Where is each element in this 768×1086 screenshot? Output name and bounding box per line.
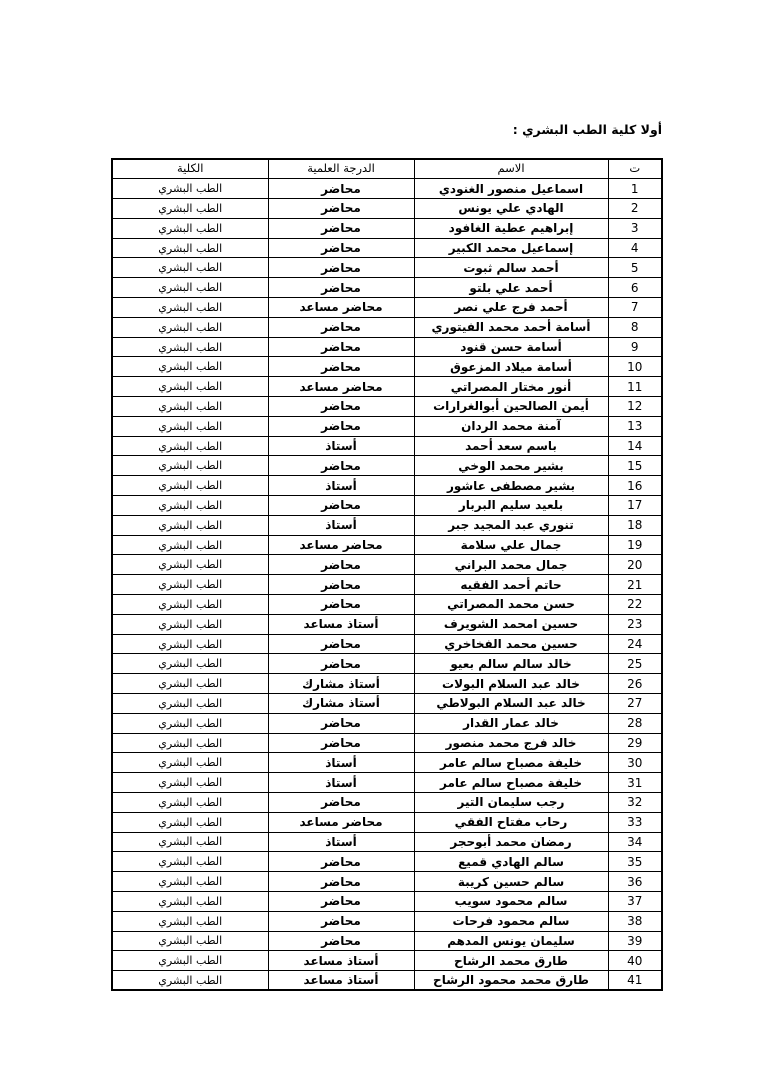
row-name: طارق محمد الرشاح xyxy=(414,951,608,971)
row-degree: محاضر xyxy=(268,852,414,872)
row-college: الطب البشري xyxy=(112,357,268,377)
row-name: بلعيد سليم البربار xyxy=(414,496,608,516)
row-serial: 33 xyxy=(608,812,662,832)
table-row: 4إسماعيل محمد الكبيرمحاضرالطب البشري xyxy=(112,238,662,258)
row-name: سالم محمود فرحات xyxy=(414,911,608,931)
row-college: الطب البشري xyxy=(112,713,268,733)
row-serial: 15 xyxy=(608,456,662,476)
row-degree: محاضر xyxy=(268,238,414,258)
row-degree: محاضر مساعد xyxy=(268,377,414,397)
row-college: الطب البشري xyxy=(112,595,268,615)
row-name: سليمان يونس المدهم xyxy=(414,931,608,951)
row-college: الطب البشري xyxy=(112,812,268,832)
row-name: خالد عمار القدار xyxy=(414,713,608,733)
row-college: الطب البشري xyxy=(112,496,268,516)
row-degree: محاضر xyxy=(268,416,414,436)
row-college: الطب البشري xyxy=(112,298,268,318)
row-college: الطب البشري xyxy=(112,377,268,397)
row-degree: محاضر xyxy=(268,317,414,337)
table-row: 37سالم محمود سويبمحاضرالطب البشري xyxy=(112,891,662,911)
table-row: 7أحمد فرج علي نصرمحاضر مساعدالطب البشري xyxy=(112,298,662,318)
header-name: الاسم xyxy=(414,159,608,179)
row-college: الطب البشري xyxy=(112,575,268,595)
table-row: 5أحمد سالم ثبوتمحاضرالطب البشري xyxy=(112,258,662,278)
row-name: بشير محمد الوخي xyxy=(414,456,608,476)
row-name: إسماعيل محمد الكبير xyxy=(414,238,608,258)
row-college: الطب البشري xyxy=(112,674,268,694)
row-name: أيمن الصالحين أبوالغرارات xyxy=(414,397,608,417)
row-serial: 16 xyxy=(608,476,662,496)
table-row: 28خالد عمار القدارمحاضرالطب البشري xyxy=(112,713,662,733)
row-serial: 36 xyxy=(608,872,662,892)
table-row: 16بشير مصطفى عاشورأستاذالطب البشري xyxy=(112,476,662,496)
row-college: الطب البشري xyxy=(112,634,268,654)
row-college: الطب البشري xyxy=(112,515,268,535)
table-row: 13آمنة محمد الردانمحاضرالطب البشري xyxy=(112,416,662,436)
row-college: الطب البشري xyxy=(112,753,268,773)
row-degree: محاضر xyxy=(268,575,414,595)
row-name: خليفة مصباح سالم عامر xyxy=(414,753,608,773)
row-college: الطب البشري xyxy=(112,555,268,575)
row-name: رحاب مفتاح الفقي xyxy=(414,812,608,832)
row-college: الطب البشري xyxy=(112,793,268,813)
table-row: 20جمال محمد البرانيمحاضرالطب البشري xyxy=(112,555,662,575)
row-name: أحمد سالم ثبوت xyxy=(414,258,608,278)
row-degree: محاضر xyxy=(268,713,414,733)
row-serial: 34 xyxy=(608,832,662,852)
table-row: 32رجب سليمان التيرمحاضرالطب البشري xyxy=(112,793,662,813)
row-serial: 27 xyxy=(608,694,662,714)
row-degree: محاضر xyxy=(268,733,414,753)
row-serial: 22 xyxy=(608,595,662,615)
row-college: الطب البشري xyxy=(112,931,268,951)
row-college: الطب البشري xyxy=(112,218,268,238)
row-degree: أستاذ xyxy=(268,476,414,496)
row-serial: 11 xyxy=(608,377,662,397)
row-serial: 4 xyxy=(608,238,662,258)
row-degree: محاضر xyxy=(268,654,414,674)
header-degree: الدرجة العلمية xyxy=(268,159,414,179)
table-row: 6أحمد علي بلتومحاضرالطب البشري xyxy=(112,278,662,298)
row-degree: محاضر xyxy=(268,555,414,575)
row-college: الطب البشري xyxy=(112,733,268,753)
table-row: 19جمال علي سلامةمحاضر مساعدالطب البشري xyxy=(112,535,662,555)
row-serial: 5 xyxy=(608,258,662,278)
row-name: أسامة أحمد محمد الفيتوري xyxy=(414,317,608,337)
table-row: 24حسين محمد الفخاخريمحاضرالطب البشري xyxy=(112,634,662,654)
row-degree: أستاذ xyxy=(268,832,414,852)
row-name: خالد فرج محمد منصور xyxy=(414,733,608,753)
row-degree: محاضر xyxy=(268,891,414,911)
table-row: 14باسم سعد أحمدأستاذالطب البشري xyxy=(112,436,662,456)
row-name: رمضان محمد أبوحجر xyxy=(414,832,608,852)
row-college: الطب البشري xyxy=(112,654,268,674)
table-row: 18تنوري عبد المجيد جبرأستاذالطب البشري xyxy=(112,515,662,535)
row-college: الطب البشري xyxy=(112,694,268,714)
row-degree: محاضر xyxy=(268,931,414,951)
header-serial: ت xyxy=(608,159,662,179)
row-degree: محاضر xyxy=(268,911,414,931)
row-serial: 1 xyxy=(608,179,662,199)
document-page: أولا كلية الطب البشري : ت الاسم الدرجة ا… xyxy=(0,0,768,1086)
row-college: الطب البشري xyxy=(112,614,268,634)
row-degree: محاضر مساعد xyxy=(268,298,414,318)
row-name: خليفة مصباح سالم عامر xyxy=(414,773,608,793)
row-degree: محاضر مساعد xyxy=(268,812,414,832)
row-college: الطب البشري xyxy=(112,832,268,852)
faculty-table: ت الاسم الدرجة العلمية الكلية 1اسماعيل م… xyxy=(111,158,663,991)
row-name: الهادي علي يونس xyxy=(414,199,608,219)
row-college: الطب البشري xyxy=(112,872,268,892)
row-degree: محاضر xyxy=(268,456,414,476)
row-serial: 31 xyxy=(608,773,662,793)
row-serial: 38 xyxy=(608,911,662,931)
row-college: الطب البشري xyxy=(112,238,268,258)
table-row: 27خالد عبد السلام البولاطيأستاذ مشاركالط… xyxy=(112,694,662,714)
row-serial: 39 xyxy=(608,931,662,951)
row-serial: 29 xyxy=(608,733,662,753)
table-row: 23حسين امحمد الشويرفأستاذ مساعدالطب البش… xyxy=(112,614,662,634)
row-degree: محاضر xyxy=(268,496,414,516)
row-name: حسين امحمد الشويرف xyxy=(414,614,608,634)
row-serial: 24 xyxy=(608,634,662,654)
row-name: حاتم أحمد الفقيه xyxy=(414,575,608,595)
row-college: الطب البشري xyxy=(112,951,268,971)
row-serial: 28 xyxy=(608,713,662,733)
row-name: بشير مصطفى عاشور xyxy=(414,476,608,496)
row-degree: أستاذ xyxy=(268,515,414,535)
row-name: أحمد فرج علي نصر xyxy=(414,298,608,318)
row-name: سالم الهادي قميع xyxy=(414,852,608,872)
table-row: 9أسامة حسن قنودمحاضرالطب البشري xyxy=(112,337,662,357)
row-college: الطب البشري xyxy=(112,337,268,357)
row-degree: أستاذ مشارك xyxy=(268,674,414,694)
table-row: 11أنور مختار المصراتيمحاضر مساعدالطب الب… xyxy=(112,377,662,397)
table-row: 22حسن محمد المصراتيمحاضرالطب البشري xyxy=(112,595,662,615)
row-serial: 40 xyxy=(608,951,662,971)
table-row: 8أسامة أحمد محمد الفيتوريمحاضرالطب البشر… xyxy=(112,317,662,337)
table-row: 29خالد فرج محمد منصورمحاضرالطب البشري xyxy=(112,733,662,753)
table-row: 36سالم حسين كريبةمحاضرالطب البشري xyxy=(112,872,662,892)
table-row: 12أيمن الصالحين أبوالغراراتمحاضرالطب الب… xyxy=(112,397,662,417)
table-row: 17بلعيد سليم البربارمحاضرالطب البشري xyxy=(112,496,662,516)
row-name: باسم سعد أحمد xyxy=(414,436,608,456)
row-name: سالم محمود سويب xyxy=(414,891,608,911)
row-name: خالد عبد السلام البولات xyxy=(414,674,608,694)
row-college: الطب البشري xyxy=(112,397,268,417)
row-degree: محاضر xyxy=(268,397,414,417)
row-degree: محاضر xyxy=(268,595,414,615)
row-degree: محاضر xyxy=(268,278,414,298)
row-degree: محاضر xyxy=(268,634,414,654)
row-college: الطب البشري xyxy=(112,199,268,219)
row-degree: محاضر xyxy=(268,179,414,199)
row-college: الطب البشري xyxy=(112,317,268,337)
row-serial: 10 xyxy=(608,357,662,377)
row-name: أسامة حسن قنود xyxy=(414,337,608,357)
table-row: 30خليفة مصباح سالم عامرأستاذالطب البشري xyxy=(112,753,662,773)
row-degree: أستاذ xyxy=(268,773,414,793)
row-serial: 12 xyxy=(608,397,662,417)
row-name: آمنة محمد الردان xyxy=(414,416,608,436)
row-degree: أستاذ مساعد xyxy=(268,614,414,634)
row-degree: أستاذ مساعد xyxy=(268,951,414,971)
row-name: أحمد علي بلتو xyxy=(414,278,608,298)
row-name: اسماعيل منصور الغنودي xyxy=(414,179,608,199)
row-serial: 9 xyxy=(608,337,662,357)
table-row: 15بشير محمد الوخيمحاضرالطب البشري xyxy=(112,456,662,476)
row-serial: 26 xyxy=(608,674,662,694)
row-college: الطب البشري xyxy=(112,436,268,456)
row-degree: أستاذ مشارك xyxy=(268,694,414,714)
row-serial: 2 xyxy=(608,199,662,219)
row-serial: 17 xyxy=(608,496,662,516)
row-college: الطب البشري xyxy=(112,971,268,991)
table-row: 2الهادي علي يونسمحاضرالطب البشري xyxy=(112,199,662,219)
row-name: أنور مختار المصراتي xyxy=(414,377,608,397)
row-college: الطب البشري xyxy=(112,278,268,298)
row-serial: 13 xyxy=(608,416,662,436)
row-serial: 35 xyxy=(608,852,662,872)
row-serial: 23 xyxy=(608,614,662,634)
table-row: 1اسماعيل منصور الغنوديمحاضرالطب البشري xyxy=(112,179,662,199)
table-row: 25خالد سالم سالم بعيومحاضرالطب البشري xyxy=(112,654,662,674)
table-row: 38سالم محمود فرحاتمحاضرالطب البشري xyxy=(112,911,662,931)
row-degree: محاضر xyxy=(268,793,414,813)
row-serial: 3 xyxy=(608,218,662,238)
row-college: الطب البشري xyxy=(112,476,268,496)
row-serial: 19 xyxy=(608,535,662,555)
row-name: خالد سالم سالم بعيو xyxy=(414,654,608,674)
row-college: الطب البشري xyxy=(112,416,268,436)
table-row: 41طارق محمد محمود الرشاحأستاذ مساعدالطب … xyxy=(112,971,662,991)
row-serial: 7 xyxy=(608,298,662,318)
row-serial: 8 xyxy=(608,317,662,337)
row-serial: 32 xyxy=(608,793,662,813)
table-row: 34رمضان محمد أبوحجرأستاذالطب البشري xyxy=(112,832,662,852)
row-college: الطب البشري xyxy=(112,179,268,199)
table-row: 40طارق محمد الرشاحأستاذ مساعدالطب البشري xyxy=(112,951,662,971)
row-college: الطب البشري xyxy=(112,891,268,911)
row-name: أسامة ميلاد المزعوق xyxy=(414,357,608,377)
row-name: خالد عبد السلام البولاطي xyxy=(414,694,608,714)
row-college: الطب البشري xyxy=(112,852,268,872)
table-row: 10أسامة ميلاد المزعوقمحاضرالطب البشري xyxy=(112,357,662,377)
table-row: 21حاتم أحمد الفقيهمحاضرالطب البشري xyxy=(112,575,662,595)
row-college: الطب البشري xyxy=(112,535,268,555)
row-serial: 6 xyxy=(608,278,662,298)
row-serial: 41 xyxy=(608,971,662,991)
row-degree: أستاذ xyxy=(268,753,414,773)
row-serial: 37 xyxy=(608,891,662,911)
row-degree: أستاذ مساعد xyxy=(268,971,414,991)
row-degree: محاضر xyxy=(268,199,414,219)
table-row: 26خالد عبد السلام البولاتأستاذ مشاركالطب… xyxy=(112,674,662,694)
row-serial: 25 xyxy=(608,654,662,674)
row-degree: محاضر xyxy=(268,258,414,278)
row-degree: محاضر xyxy=(268,872,414,892)
row-name: إبراهيم عطية الغافود xyxy=(414,218,608,238)
table-header-row: ت الاسم الدرجة العلمية الكلية xyxy=(112,159,662,179)
row-degree: محاضر xyxy=(268,218,414,238)
row-serial: 21 xyxy=(608,575,662,595)
row-name: تنوري عبد المجيد جبر xyxy=(414,515,608,535)
row-name: حسين محمد الفخاخري xyxy=(414,634,608,654)
row-serial: 14 xyxy=(608,436,662,456)
row-name: طارق محمد محمود الرشاح xyxy=(414,971,608,991)
row-serial: 30 xyxy=(608,753,662,773)
row-college: الطب البشري xyxy=(112,773,268,793)
row-degree: محاضر مساعد xyxy=(268,535,414,555)
header-college: الكلية xyxy=(112,159,268,179)
row-name: جمال علي سلامة xyxy=(414,535,608,555)
table-row: 31خليفة مصباح سالم عامرأستاذالطب البشري xyxy=(112,773,662,793)
row-college: الطب البشري xyxy=(112,258,268,278)
page-title: أولا كلية الطب البشري : xyxy=(513,122,662,137)
row-name: جمال محمد البراني xyxy=(414,555,608,575)
row-name: رجب سليمان التير xyxy=(414,793,608,813)
table-body: 1اسماعيل منصور الغنوديمحاضرالطب البشري2ا… xyxy=(112,179,662,991)
table-row: 3إبراهيم عطية الغافودمحاضرالطب البشري xyxy=(112,218,662,238)
row-serial: 20 xyxy=(608,555,662,575)
row-name: سالم حسين كريبة xyxy=(414,872,608,892)
row-degree: محاضر xyxy=(268,337,414,357)
table-row: 39سليمان يونس المدهممحاضرالطب البشري xyxy=(112,931,662,951)
row-college: الطب البشري xyxy=(112,911,268,931)
row-serial: 18 xyxy=(608,515,662,535)
table-row: 33رحاب مفتاح الفقيمحاضر مساعدالطب البشري xyxy=(112,812,662,832)
row-degree: أستاذ xyxy=(268,436,414,456)
row-degree: محاضر xyxy=(268,357,414,377)
row-name: حسن محمد المصراتي xyxy=(414,595,608,615)
table-row: 35سالم الهادي قميعمحاضرالطب البشري xyxy=(112,852,662,872)
row-college: الطب البشري xyxy=(112,456,268,476)
